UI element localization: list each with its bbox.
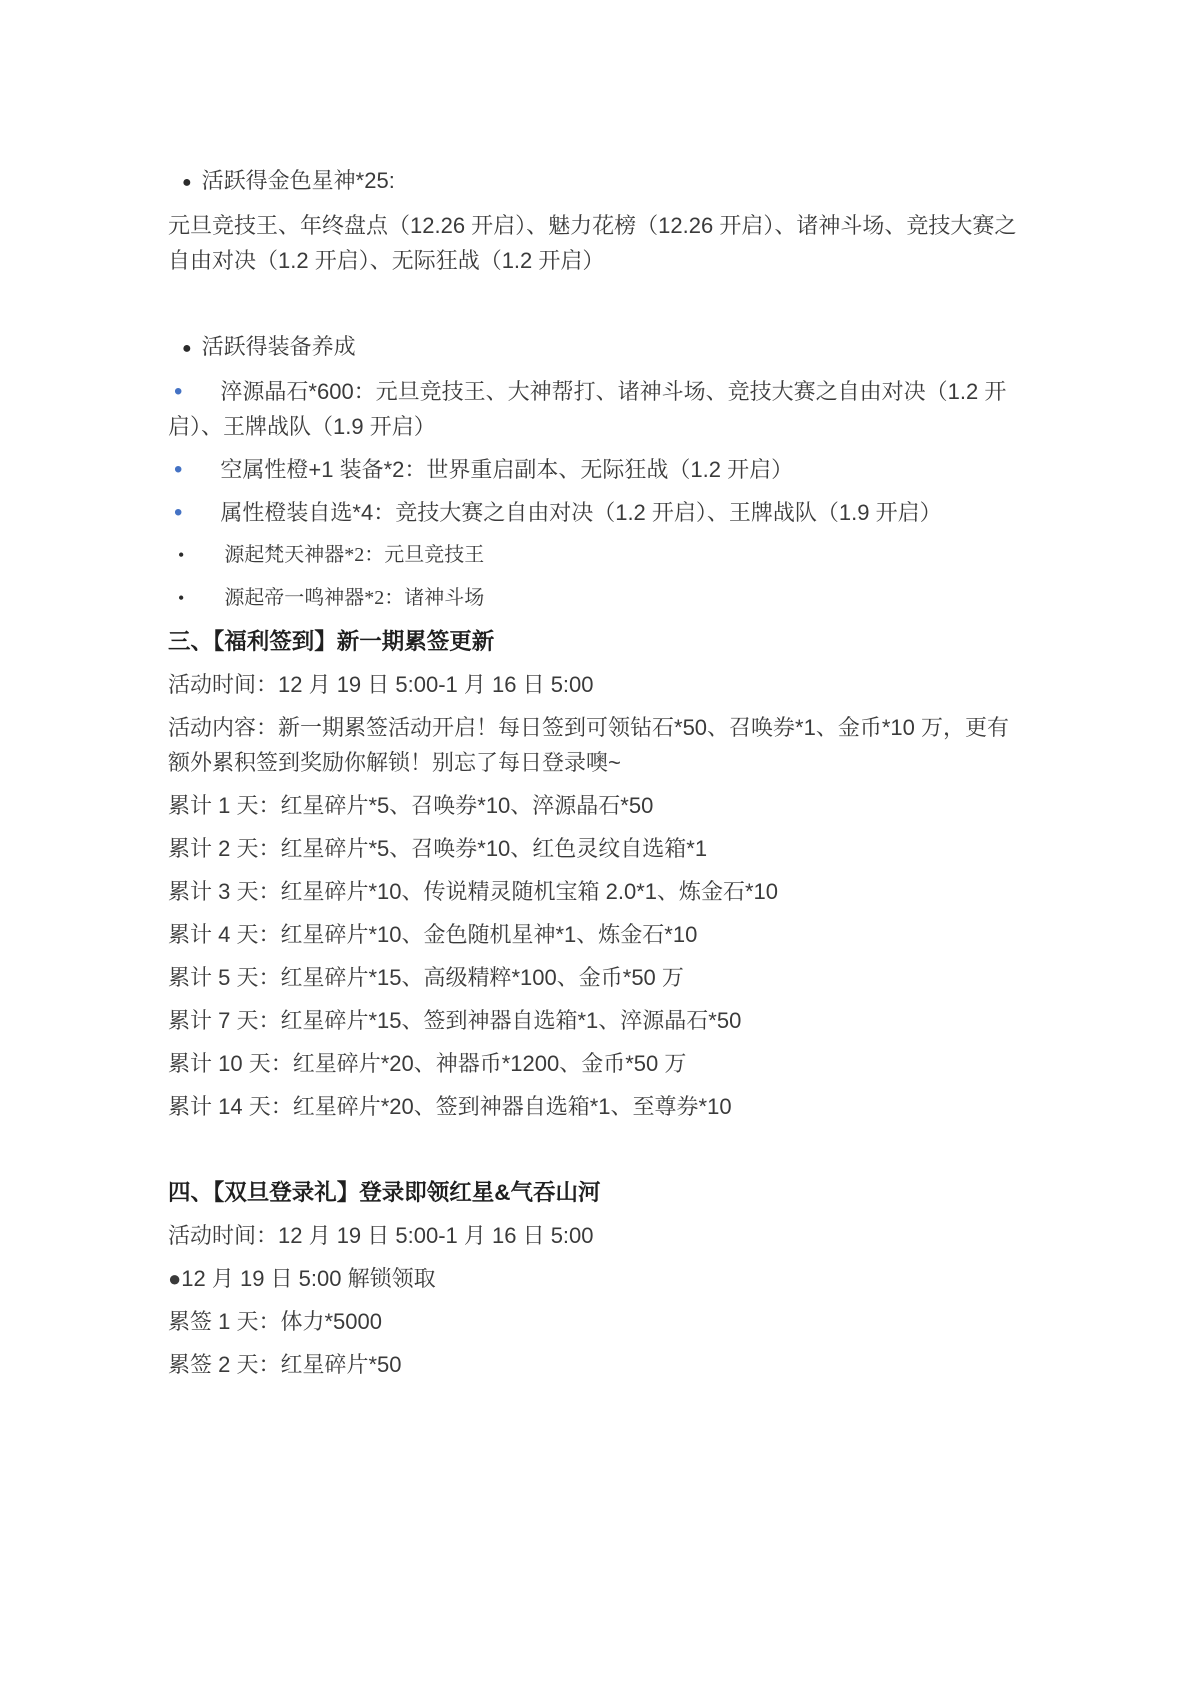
document-page: ●活跃得金色星神*25: 元旦竞技王、年终盘点（12.26 开启）、魅力花榜（1… [0, 0, 1190, 1684]
paragraph: 活动时间：12 月 19 日 5:00-1 月 16 日 5:00 [168, 667, 1022, 702]
paragraph: 累签 1 天：体力*5000 [168, 1304, 1022, 1339]
paragraph: ●12 月 19 日 5:00 解锁领取 [168, 1261, 1022, 1296]
bullet-icon: • [174, 495, 182, 530]
bullet-icon: • [174, 374, 182, 409]
bullet-icon: ● [182, 165, 192, 200]
bullet-icon: • [174, 452, 182, 487]
list-item: ●活跃得金色星神*25: [168, 163, 1022, 200]
list-item-text: 源起帝一鸣神器*2：诸神斗场 [224, 587, 484, 609]
list-item: ●活跃得装备养成 [168, 329, 1022, 366]
paragraph: 累签 2 天：红星碎片*50 [168, 1347, 1022, 1382]
paragraph: 活动内容：新一期累签活动开启！每日签到可领钻石*50、召唤券*1、金币*10 万… [168, 710, 1022, 780]
paragraph: 累计 2 天：红星碎片*5、召唤券*10、红色灵纹自选箱*1 [168, 831, 1022, 866]
paragraph: 累计 1 天：红星碎片*5、召唤券*10、淬源晶石*50 [168, 788, 1022, 823]
bullet-icon: ● [182, 331, 192, 366]
bullet-icon: • [178, 538, 184, 573]
list-item-text: 源起梵天神器*2：元旦竞技王 [224, 544, 484, 566]
list-item-text: 空属性橙+1 装备*2：世界重启副本、无际狂战（1.2 开启） [220, 457, 793, 482]
list-item-text: 活跃得装备养成 [202, 334, 356, 359]
list-item: •空属性橙+1 装备*2：世界重启副本、无际狂战（1.2 开启） [168, 452, 1022, 487]
paragraph: 累计 4 天：红星碎片*10、金色随机星神*1、炼金石*10 [168, 917, 1022, 952]
section-heading: 三、【福利签到】新一期累签更新 [168, 624, 1022, 659]
paragraph-spacer [168, 286, 1022, 329]
list-item: •属性橙装自选*4：竞技大赛之自由对决（1.2 开启）、王牌战队（1.9 开启） [168, 495, 1022, 530]
list-item: •淬源晶石*600：元旦竞技王、大神帮打、诸神斗场、竞技大赛之自由对决（1.2 … [168, 374, 1022, 444]
document-content: ●活跃得金色星神*25: 元旦竞技王、年终盘点（12.26 开启）、魅力花榜（1… [0, 0, 1190, 1382]
list-item-text: 属性橙装自选*4：竞技大赛之自由对决（1.2 开启）、王牌战队（1.9 开启） [220, 500, 941, 525]
list-item-text: 淬源晶石*600：元旦竞技王、大神帮打、诸神斗场、竞技大赛之自由对决（1.2 开… [168, 379, 1006, 439]
list-item: •源起梵天神器*2：元旦竞技王 [168, 538, 1022, 573]
paragraph: 累计 5 天：红星碎片*15、高级精粹*100、金币*50 万 [168, 960, 1022, 995]
paragraph-spacer [168, 1132, 1022, 1175]
paragraph: 元旦竞技王、年终盘点（12.26 开启）、魅力花榜（12.26 开启）、诸神斗场… [168, 208, 1022, 278]
section-heading: 四、【双旦登录礼】登录即领红星&气吞山河 [168, 1175, 1022, 1210]
paragraph: 活动时间：12 月 19 日 5:00-1 月 16 日 5:00 [168, 1218, 1022, 1253]
paragraph: 累计 7 天：红星碎片*15、签到神器自选箱*1、淬源晶石*50 [168, 1003, 1022, 1038]
paragraph: 累计 3 天：红星碎片*10、传说精灵随机宝箱 2.0*1、炼金石*10 [168, 874, 1022, 909]
bullet-icon: • [178, 581, 184, 616]
paragraph: 累计 14 天：红星碎片*20、签到神器自选箱*1、至尊券*10 [168, 1089, 1022, 1124]
list-item-text: 活跃得金色星神*25: [202, 168, 395, 193]
paragraph: 累计 10 天：红星碎片*20、神器币*1200、金币*50 万 [168, 1046, 1022, 1081]
list-item: •源起帝一鸣神器*2：诸神斗场 [168, 581, 1022, 616]
